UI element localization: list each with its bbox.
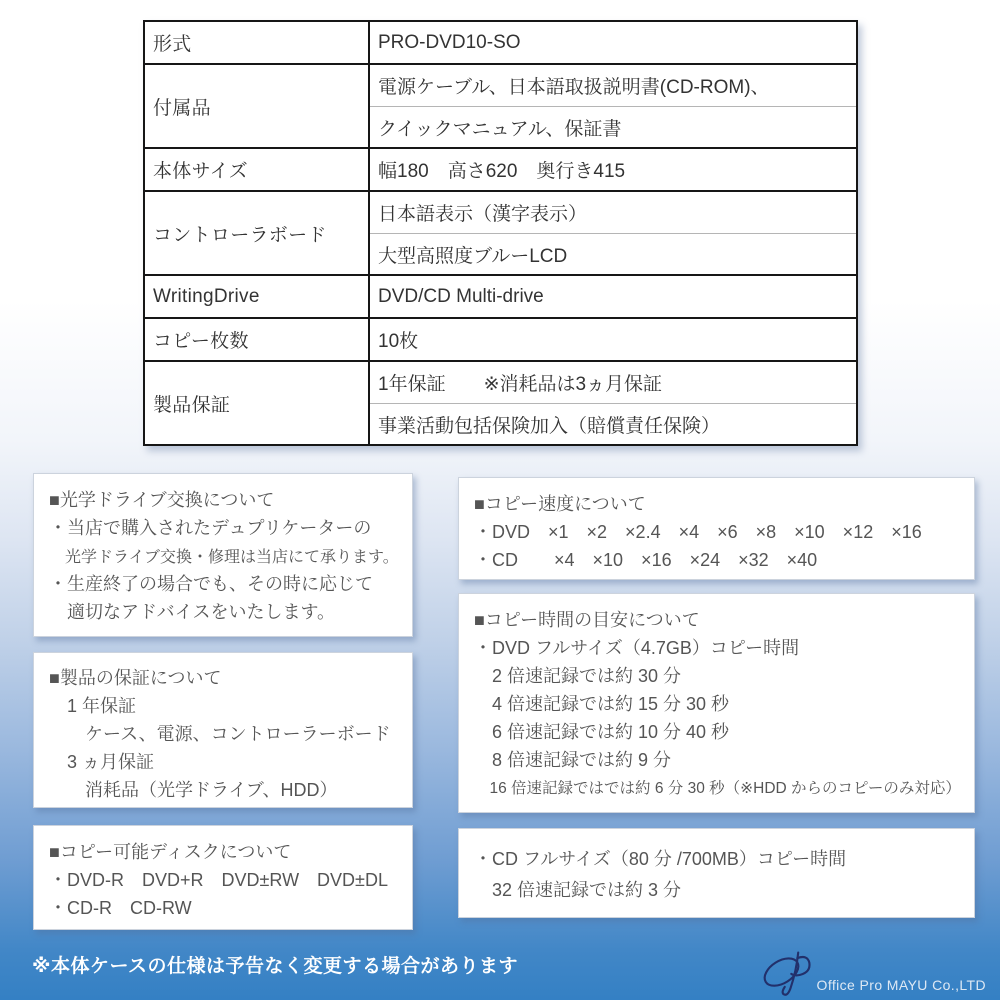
spec-value-line: PRO-DVD10-SO [370, 22, 856, 63]
info-box-line: 32 倍速記録では約 3 分 [474, 873, 966, 904]
spec-row: 製品保証1年保証 ※消耗品は3ヵ月保証事業活動包括保険加入（賠償責任保険） [145, 362, 856, 444]
info-box-line: ・生産終了の場合でも、その時に応じて [49, 569, 404, 597]
spec-row-label: 付属品 [145, 65, 370, 147]
spec-row-label: WritingDrive [145, 276, 370, 317]
spec-row: 本体サイズ幅180 高さ620 奥行き415 [145, 149, 856, 192]
spec-value-line: クイックマニュアル、保証書 [370, 106, 856, 147]
info-box-copy-speed: ■コピー速度について・DVD ×1 ×2 ×2.4 ×4 ×6 ×8 ×10 ×… [458, 477, 975, 580]
company-name: Office Pro MAYU Co.,LTD [814, 977, 988, 1000]
spec-row: 形式PRO-DVD10-SO [145, 22, 856, 65]
info-box-line: ・DVD フルサイズ（4.7GB）コピー時間 [474, 633, 966, 661]
info-box-line: 適切なアドバイスをいたします。 [49, 597, 404, 625]
product-spec-sheet: 形式PRO-DVD10-SO付属品電源ケーブル、日本語取扱説明書(CD-ROM)… [0, 0, 1000, 1000]
info-box-copyable-discs: ■コピー可能ディスクについて・DVD-R DVD+R DVD±RW DVD±DL… [33, 825, 413, 930]
op-monogram-icon [762, 944, 814, 1000]
spec-row-label: 製品保証 [145, 362, 370, 444]
info-box-line: 消耗品（光学ドライブ、HDD） [49, 775, 404, 803]
spec-value-line: 10枚 [370, 319, 856, 360]
spec-row-value: 1年保証 ※消耗品は3ヵ月保証事業活動包括保険加入（賠償責任保険） [370, 362, 856, 444]
spec-row-value: PRO-DVD10-SO [370, 22, 856, 63]
spec-value-line: 電源ケーブル、日本語取扱説明書(CD-ROM)、 [370, 65, 856, 106]
spec-row: WritingDriveDVD/CD Multi-drive [145, 276, 856, 319]
info-box-product-warranty: ■製品の保証について 1 年保証 ケース、電源、コントローラーボード 3 ヵ月保… [33, 652, 413, 808]
info-box-line: 1 年保証 [49, 691, 404, 719]
spec-row-value: DVD/CD Multi-drive [370, 276, 856, 317]
info-box-line: ■光学ドライブ交換について [49, 485, 404, 513]
info-box-line: ■製品の保証について [49, 663, 404, 691]
spec-row-label: 本体サイズ [145, 149, 370, 190]
info-box-line: ・CD フルサイズ（80 分 /700MB）コピー時間 [474, 842, 966, 873]
spec-row-value: 10枚 [370, 319, 856, 360]
info-box-line: ・CD-R CD-RW [49, 893, 404, 921]
spec-row-value: 幅180 高さ620 奥行き415 [370, 149, 856, 190]
info-box-cd-copy-time: ・CD フルサイズ（80 分 /700MB）コピー時間 32 倍速記録では約 3… [458, 828, 975, 918]
info-box-line: 8 倍速記録では約 9 分 [474, 745, 966, 773]
spec-row: コピー枚数10枚 [145, 319, 856, 362]
spec-row: 付属品電源ケーブル、日本語取扱説明書(CD-ROM)、クイックマニュアル、保証書 [145, 65, 856, 149]
info-box-line: ■コピー時間の目安について [474, 605, 966, 633]
spec-table: 形式PRO-DVD10-SO付属品電源ケーブル、日本語取扱説明書(CD-ROM)… [143, 20, 858, 446]
info-box-line: 3 ヵ月保証 [49, 747, 404, 775]
info-box-line: ・CD ×4 ×10 ×16 ×24 ×32 ×40 [474, 545, 966, 573]
spec-value-line: DVD/CD Multi-drive [370, 276, 856, 317]
spec-row-label: コントローラボード [145, 192, 370, 274]
info-box-line: 6 倍速記録では約 10 分 40 秒 [474, 717, 966, 745]
spec-row-label: コピー枚数 [145, 319, 370, 360]
info-box-line: 2 倍速記録では約 30 分 [474, 661, 966, 689]
info-box-line: ケース、電源、コントローラーボード [49, 719, 404, 747]
spec-value-line: 事業活動包括保険加入（賠償責任保険） [370, 403, 856, 444]
info-box-line: ・DVD-R DVD+R DVD±RW DVD±DL [49, 865, 404, 893]
info-box-copy-time-estimate: ■コピー時間の目安について・DVD フルサイズ（4.7GB）コピー時間 2 倍速… [458, 593, 975, 813]
info-box-line: 4 倍速記録では約 15 分 30 秒 [474, 689, 966, 717]
info-box-line: 16 倍速記録ではでは約 6 分 30 秒（※HDD からのコピーのみ対応） [474, 773, 966, 801]
company-logo: Office Pro MAYU Co.,LTD [762, 944, 988, 1000]
spec-row-value: 日本語表示（漢字表示）大型高照度ブルーLCD [370, 192, 856, 274]
footer-disclaimer: ※本体ケースの仕様は予告なく変更する場合があります [32, 951, 518, 978]
spec-row: コントローラボード日本語表示（漢字表示）大型高照度ブルーLCD [145, 192, 856, 276]
info-box-line: 光学ドライブ交換・修理は当店にて承ります。 [49, 541, 404, 569]
info-box-optical-drive-exchange: ■光学ドライブ交換について・当店で購入されたデュプリケーターの 光学ドライブ交換… [33, 473, 413, 637]
info-box-line: ・DVD ×1 ×2 ×2.4 ×4 ×6 ×8 ×10 ×12 ×16 [474, 517, 966, 545]
spec-value-line: 1年保証 ※消耗品は3ヵ月保証 [370, 362, 856, 403]
spec-row-label: 形式 [145, 22, 370, 63]
info-box-line: ・当店で購入されたデュプリケーターの [49, 513, 404, 541]
info-box-line: ■コピー速度について [474, 489, 966, 517]
info-box-line: ■コピー可能ディスクについて [49, 837, 404, 865]
spec-value-line: 日本語表示（漢字表示） [370, 192, 856, 233]
spec-value-line: 大型高照度ブルーLCD [370, 233, 856, 274]
spec-row-value: 電源ケーブル、日本語取扱説明書(CD-ROM)、クイックマニュアル、保証書 [370, 65, 856, 147]
spec-value-line: 幅180 高さ620 奥行き415 [370, 149, 856, 190]
